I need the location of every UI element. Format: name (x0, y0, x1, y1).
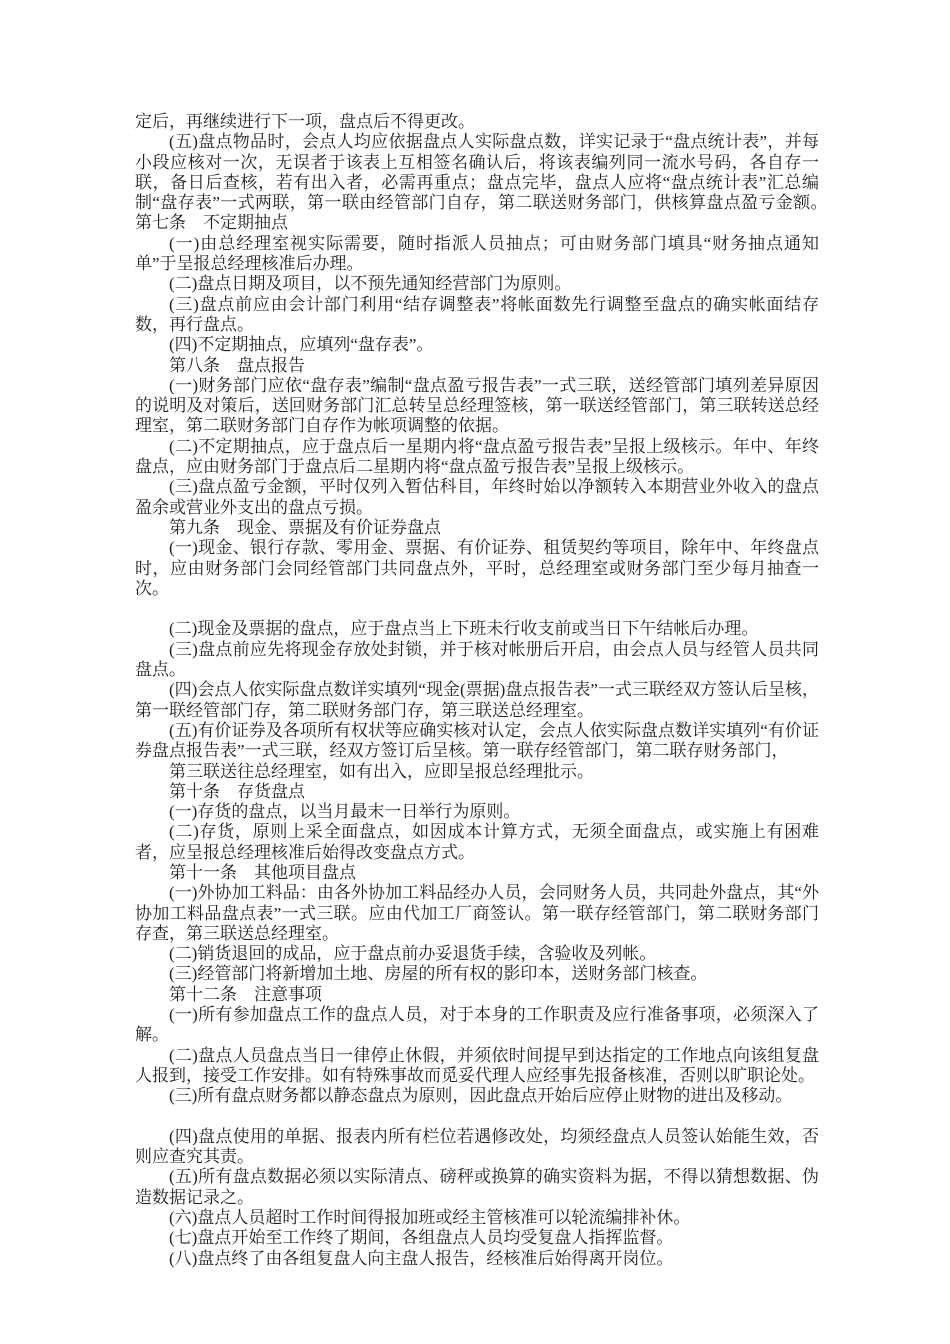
paragraph: (三)经管部门将新增加土地、房屋的所有权的影印本，送财务部门核查。 (135, 964, 819, 984)
paragraph: (三)盘点前应先将现金存放处封锁，并于核对帐册后开启，由会点人员与经管人员共同盘… (135, 640, 819, 681)
paragraph: (三)盘点盈亏金额，平时仅列入暂估科目，年终时始以净额转入本期营业外收入的盘点盈… (135, 477, 819, 518)
paragraph: (四)不定期抽点，应填列“盘存表”。 (135, 335, 819, 355)
paragraph: 第十条 存货盘点 (135, 782, 819, 802)
paragraph: (六)盘点人员超时工作时间得报加班或经主管核准可以轮流编排补休。 (135, 1208, 819, 1228)
paragraph: (二)现金及票据的盘点，应于盘点当上下班未行收支前或当日下午结帐后办理。 (135, 619, 819, 639)
paragraph: (五)所有盘点数据必须以实际清点、磅秤或换算的确实资料为据，不得以猜想数据、伪造… (135, 1167, 819, 1208)
paragraph: 第八条 盘点报告 (135, 356, 819, 376)
paragraph: (五)有价证券及各项所有权状等应确实核对认定，会点人依实际盘点数详实填列“有价证… (135, 721, 819, 762)
paragraph: (一)外协加工料品：由各外协加工料品经办人员，会同财务人员，共同赴外盘点，其“外… (135, 883, 819, 944)
paragraph: (三)所有盘点财务都以静态盘点为原则，因此盘点开始后应停止财物的进出及移动。 (135, 1086, 819, 1106)
paragraph: 定后，再继续进行下一项，盘点后不得更改。 (135, 112, 819, 132)
paragraph: (二)存货，原则上采全面盘点，如因成本计算方式，无须全面盘点，或实施上有困难者，… (135, 822, 819, 863)
document-page: 定后，再继续进行下一项，盘点后不得更改。(五)盘点物品时，会点人均应依据盘点人实… (0, 0, 950, 1344)
paragraph: 第三联送往总经理室，如有出入，应即呈报总经理批示。 (135, 762, 819, 782)
paragraph: (八)盘点终了由各组复盘人向主盘人报告，经核准后始得离开岗位。 (135, 1249, 819, 1269)
paragraph: (四)盘点使用的单据、报表内所有栏位若遇修改处，均须经盘点人员签认始能生效，否则… (135, 1127, 819, 1168)
blank-line (135, 1107, 819, 1127)
paragraph: (一)财务部门应依“盘存表”编制“盘点盈亏报告表”一式三联，送经管部门填列差异原… (135, 376, 819, 437)
paragraph: (一)现金、银行存款、零用金、票据、有价证券、租赁契约等项目，除年中、年终盘点时… (135, 538, 819, 599)
paragraph: (二)销货退回的成品，应于盘点前办妥退货手续，含验收及列帐。 (135, 944, 819, 964)
paragraph: (一)存货的盘点，以当月最末一日举行为原则。 (135, 802, 819, 822)
paragraph: (五)盘点物品时，会点人均应依据盘点人实际盘点数，详实记录于“盘点统计表”，并每… (135, 132, 819, 233)
paragraph: 第十一条 其他项目盘点 (135, 863, 819, 883)
paragraph: (二)盘点日期及项目，以不预先通知经营部门为原则。 (135, 274, 819, 294)
paragraph: (一)所有参加盘点工作的盘点人员，对于本身的工作职责及应行准备事项，必须深入了解… (135, 1005, 819, 1046)
paragraph: 第十二条 注意事项 (135, 985, 819, 1005)
paragraph: (一)由总经理室视实际需要，随时指派人员抽点；可由财务部门填具“财务抽点通知单”… (135, 234, 819, 275)
blank-line (135, 599, 819, 619)
document-body: 定后，再继续进行下一项，盘点后不得更改。(五)盘点物品时，会点人均应依据盘点人实… (135, 112, 819, 1269)
paragraph: (七)盘点开始至工作终了期间，各组盘点人员均受复盘人指挥监督。 (135, 1228, 819, 1248)
paragraph: (四)会点人依实际盘点数详实填列“现金(票据)盘点报告表”一式三联经双方签认后呈… (135, 680, 819, 721)
paragraph: (三)盘点前应由会计部门利用“结存调整表”将帐面数先行调整至盘点的确实帐面结存数… (135, 295, 819, 336)
paragraph: 第九条 现金、票据及有价证券盘点 (135, 518, 819, 538)
paragraph: (二)不定期抽点，应于盘点后一星期内将“盘点盈亏报告表”呈报上级核示。年中、年终… (135, 437, 819, 478)
paragraph: (二)盘点人员盘点当日一律停止休假，并须依时间提早到达指定的工作地点向该组复盘人… (135, 1046, 819, 1087)
